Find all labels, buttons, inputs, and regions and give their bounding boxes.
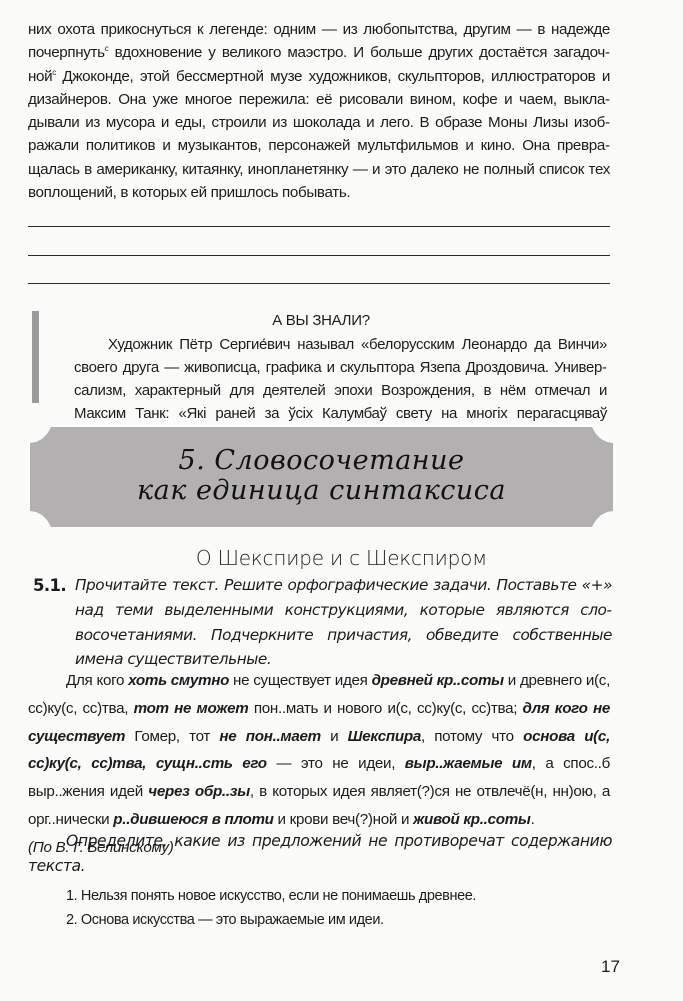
did-you-know-box: А ВЫ ЗНАЛИ? Художник Пётр Сергие́вич наз… [32, 311, 610, 403]
intro-text-3: Джоконде, этой бессмертной музе художник… [28, 68, 610, 201]
question-prompt: Определите, какие из предложений не прот… [28, 829, 612, 879]
answer-line [28, 283, 610, 284]
reading-paragraph: Для кого хоть смутно не существует идея … [28, 667, 610, 834]
intro-paragraph: них охота прикоснуться к легенде: одним … [28, 18, 610, 204]
exercise-instruction: Прочитайте текст. Решите орфографические… [75, 573, 612, 672]
exercise-5-1: 5.1. Прочитайте текст. Решите орфографич… [33, 573, 612, 672]
chapter-title-line1: 5. Словосочетание [30, 446, 613, 476]
exercise-number: 5.1. [33, 573, 66, 598]
chapter-banner: 5. Словосочетание как единица синтаксиса [30, 427, 613, 527]
section-title: О Шекспире и с Шекспиром [0, 545, 683, 571]
answer-line [28, 255, 610, 256]
answer-option: 2. Основа искусства — это выражаемые им … [66, 909, 476, 933]
answer-option: 1. Нельзя понять новое искусство, если н… [66, 885, 476, 909]
infobox-title: А ВЫ ЗНАЛИ? [32, 311, 610, 331]
textbook-page: них охота прикоснуться к легенде: одним … [0, 0, 683, 1001]
answer-options: 1. Нельзя понять новое искусство, если н… [66, 885, 476, 932]
page-number: 17 [601, 957, 620, 977]
chapter-title-line2: как единица синтаксиса [30, 476, 613, 506]
question-text: Определите, какие из предложений не прот… [28, 829, 612, 879]
answer-line [28, 226, 610, 227]
